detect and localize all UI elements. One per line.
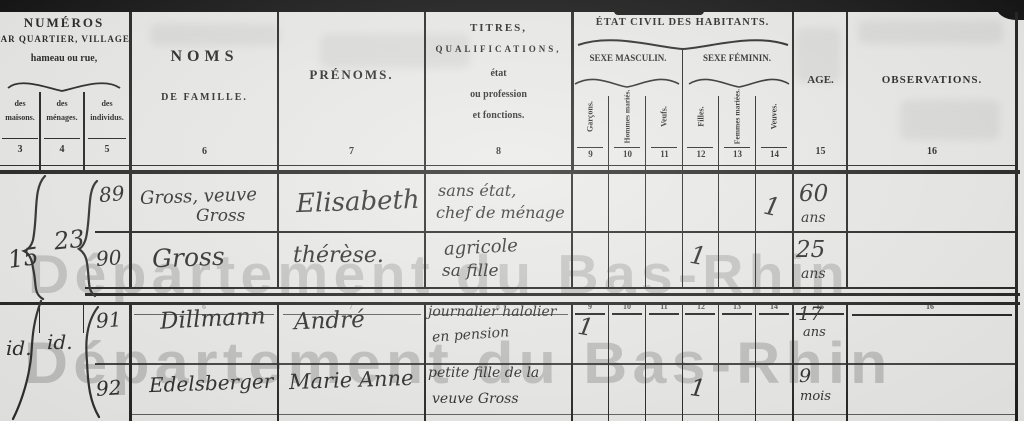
- col-group-numeros-sub1: PAR QUARTIER, VILLAGE,: [0, 35, 134, 45]
- col-individus-label: des: [85, 100, 129, 109]
- rule: [95, 363, 1017, 365]
- col-titres-line5: et fonctions.: [426, 110, 571, 121]
- rule: [44, 138, 80, 139]
- entry-92-mark-filles: 1: [688, 375, 706, 401]
- rule: [85, 287, 1017, 289]
- rule: [608, 96, 609, 173]
- entry-92-titre-line2: veuve Gross: [432, 392, 519, 406]
- top-border: [0, 0, 1024, 12]
- entry-92-age: 9: [799, 367, 811, 386]
- rule: [130, 414, 1017, 415]
- entry-89-age-unit: ans: [801, 211, 826, 225]
- rule: [722, 313, 752, 315]
- rule: [88, 138, 126, 139]
- entry-91-age: 17: [798, 305, 822, 324]
- entry-91-maison: id.: [6, 338, 32, 358]
- entry-92-individu: 92: [95, 377, 122, 399]
- col-group-etat-civil-title: ÉTAT CIVIL DES HABITANTS.: [573, 17, 792, 29]
- col-veufs-label: Veufs.: [660, 85, 669, 149]
- entry-89-individu: 89: [98, 183, 125, 205]
- entry-89-nom-line2: Gross: [196, 208, 245, 225]
- entry-91-prenom: André: [294, 309, 366, 334]
- pagebreak-col-number-14: 14: [766, 303, 782, 312]
- entry-90-nom-line1: Gross: [152, 244, 225, 272]
- entry-91-mark-garcons: 1: [576, 314, 595, 340]
- entry-89-prenom: Elisabeth: [296, 187, 421, 217]
- entry-91-age-unit: ans: [803, 326, 826, 339]
- census-register-scan: Département du Bas-Rhin Département du B…: [0, 0, 1024, 421]
- col-group-numeros-title: NUMÉROS: [0, 16, 128, 30]
- col-group-sexe-masculin: SEXE MASCULIN.: [573, 54, 683, 64]
- col-age-number: 15: [794, 146, 847, 157]
- bleed-mark: [900, 100, 1000, 140]
- col-maisons-label: des: [0, 100, 40, 109]
- rule: [85, 293, 1020, 296]
- rule: [852, 314, 1012, 316]
- pagebreak-col-number-12: 12: [693, 303, 709, 312]
- rule: [39, 303, 40, 333]
- entry-91-nom-line1: Dillmann: [159, 305, 266, 333]
- rule: [2, 138, 38, 139]
- brace-etat-civil: [578, 40, 788, 49]
- pagebreak-col-number-11: 11: [656, 303, 672, 312]
- col-veuves-label: Veuves.: [770, 85, 779, 149]
- col-femmes-mariees-label: Femmes mariées.: [733, 85, 742, 149]
- entry-92-prenom: Marie Anne: [289, 368, 414, 393]
- col-menages-label2: ménages.: [41, 114, 83, 123]
- rule: [759, 313, 789, 315]
- entry-92-age-unit: mois: [800, 390, 831, 403]
- col-noms-title: NOMS: [132, 48, 277, 66]
- col-garcons-label: Garçons.: [586, 85, 595, 149]
- pagebreak-col-number-16: 16: [922, 303, 938, 312]
- col-noms-number: 6: [132, 146, 277, 157]
- col-garcons-number: 9: [572, 150, 609, 160]
- entry-91-titre-line1: journalier halolier: [428, 305, 556, 319]
- entry-90-age-unit: ans: [801, 267, 826, 281]
- col-hommes-maries-label: Hommes mariés.: [623, 85, 632, 149]
- col-titres-line4: ou profession: [426, 89, 571, 100]
- brace-maison-id: [13, 301, 41, 419]
- entry-89-maison: 15: [6, 244, 40, 272]
- col-filles-label: Filles.: [697, 85, 706, 149]
- pagebreak-col-number-10: 10: [619, 303, 635, 312]
- col-femmes-mariees-number: 13: [719, 150, 756, 160]
- col-individus-number: 5: [85, 144, 129, 155]
- col-group-sexe-feminin: SEXE FÉMININ.: [684, 54, 790, 64]
- col-prenoms-title: PRÉNOMS.: [279, 68, 424, 82]
- col-observations-number: 16: [848, 146, 1016, 157]
- col-observations-title: OBSERVATIONS.: [848, 74, 1016, 86]
- col-veuves-number: 14: [756, 150, 793, 160]
- rule: [685, 313, 715, 315]
- entry-89-menage: 23: [53, 226, 86, 253]
- entry-90-age: 25: [796, 239, 825, 262]
- col-titres-number: 8: [426, 146, 571, 157]
- rule: [571, 12, 574, 173]
- top-right-corner-blob: [996, 0, 1024, 20]
- bleed-mark: [150, 24, 280, 46]
- pagebreak-col-number-9: 9: [582, 303, 598, 312]
- rule: [649, 313, 679, 315]
- entry-89-age: 60: [799, 183, 828, 206]
- pagebreak-col-number-13: 13: [729, 303, 745, 312]
- entry-91-menage: id.: [47, 332, 73, 352]
- col-menages-number: 4: [41, 144, 83, 155]
- rule: [0, 170, 1020, 174]
- entry-91-individu: 91: [95, 309, 122, 331]
- entry-89-titre-line1: sans état,: [438, 183, 516, 199]
- rule: [0, 165, 1017, 166]
- col-titres-line3: état: [426, 68, 571, 79]
- rule: [755, 96, 756, 173]
- rule: [612, 313, 642, 315]
- col-age-title: AGE.: [794, 74, 847, 86]
- col-maisons-number: 3: [0, 144, 40, 155]
- col-noms-sub: DE FAMILLE.: [132, 92, 277, 103]
- col-veufs-number: 11: [646, 150, 683, 160]
- entry-92-nom-line1: Edelsberger: [149, 371, 274, 395]
- entry-89-titre-line2: chef de ménage: [436, 205, 565, 221]
- bleed-mark: [858, 20, 1003, 44]
- rule: [95, 231, 1017, 233]
- entry-89-mark-veuves: 1: [762, 193, 783, 221]
- col-prenoms-number: 7: [279, 146, 424, 157]
- col-titres-line2: QUALIFICATIONS,: [426, 45, 571, 55]
- col-individus-label2: individus.: [85, 114, 129, 123]
- entry-90-prenom: thérèse.: [293, 245, 384, 267]
- entry-89-nom-line1: Gross, veuve: [140, 186, 258, 208]
- brace-maison-15: [24, 176, 45, 299]
- entry-90-titre-line2: sa fille: [442, 263, 499, 280]
- entry-91-titre-line2: en pension: [432, 325, 510, 344]
- col-maisons-label2: maisons.: [0, 114, 40, 123]
- col-filles-number: 12: [683, 150, 719, 160]
- col-menages-label: des: [41, 100, 83, 109]
- col-hommes-maries-number: 10: [609, 150, 646, 160]
- entry-90-mark-filles: 1: [688, 242, 708, 269]
- rule: [718, 96, 719, 173]
- entry-90-individu: 90: [95, 247, 122, 269]
- entry-92-titre-line1: petite fille de la: [428, 366, 539, 380]
- col-group-numeros-sub2: hameau ou rue,: [0, 53, 128, 64]
- top-border-blob: [614, 10, 704, 15]
- rule: [83, 303, 84, 333]
- rule: [645, 96, 646, 173]
- entry-90-titre-line1: agricole: [444, 237, 519, 259]
- col-titres-line1: TITRES,: [426, 22, 571, 34]
- brace-numeros: [8, 83, 120, 91]
